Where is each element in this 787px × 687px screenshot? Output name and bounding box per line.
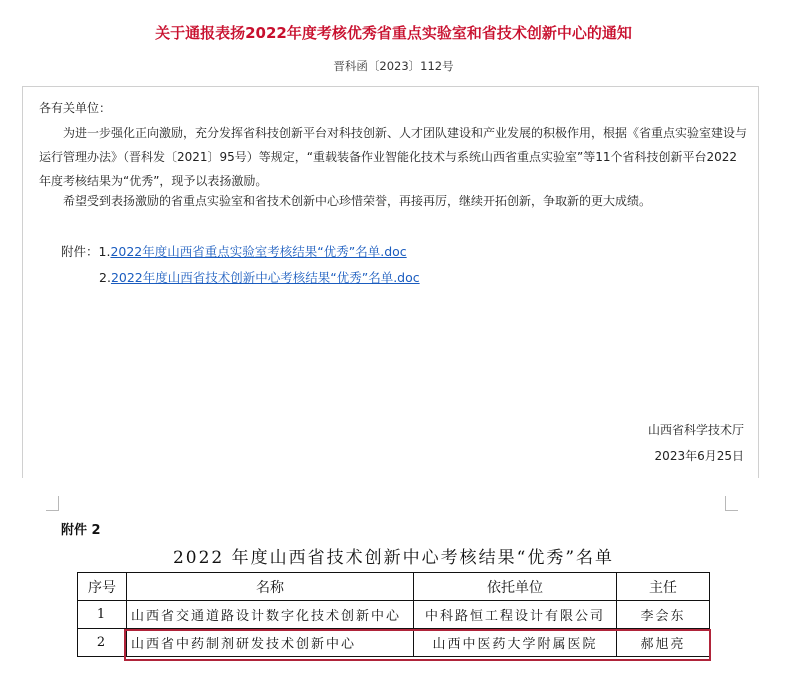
table-row: 2 山西省中药制剂研发技术创新中心 山西中医药大学附属医院 郝旭亮 [78, 629, 710, 657]
body-paragraph-2: 希望受到表扬激励的省重点实验室和省技术创新中心珍惜荣誉，再接再厉，继续开拓创新，… [39, 189, 749, 213]
cell-director: 李会东 [617, 601, 710, 629]
attachment-item-2: 2.2022年度山西省技术创新中心考核结果“优秀”名单.doc [61, 265, 420, 291]
body-paragraph-1: 为进一步强化正向激励，充分发挥省科技创新平台对科技创新、人才团队建设和产业发展的… [39, 121, 749, 193]
table-header-row: 序号 名称 依托单位 主任 [78, 573, 710, 601]
issue-date: 2023年6月25日 [648, 443, 744, 469]
notice-body-panel: 各有关单位： 为进一步强化正向激励，充分发挥省科技创新平台对科技创新、人才团队建… [22, 86, 759, 478]
header-organization: 依托单位 [414, 573, 617, 601]
attachment2-label: 附件 2 [61, 519, 101, 538]
attachment-item-1: 附件：1.2022年度山西省重点实验室考核结果“优秀”名单.doc [61, 239, 420, 265]
table-row: 1 山西省交通道路设计数字化技术创新中心 中科路恒工程设计有限公司 李会东 [78, 601, 710, 629]
signature-block: 山西省科学技术厅 2023年6月25日 [648, 417, 744, 469]
cell-index: 1 [78, 601, 127, 629]
attachments-label: 附件： [61, 244, 99, 259]
page-corner-mark-left [46, 496, 59, 511]
attachment-link-2[interactable]: 2022年度山西省技术创新中心考核结果“优秀”名单.doc [111, 270, 420, 285]
attachment-link-1[interactable]: 2022年度山西省重点实验室考核结果“优秀”名单.doc [110, 244, 406, 259]
cell-name: 山西省交通道路设计数字化技术创新中心 [127, 601, 414, 629]
cell-name: 山西省中药制剂研发技术创新中心 [127, 629, 414, 657]
list-title: 2022 年度山西省技术创新中心考核结果“优秀”名单 [0, 543, 787, 568]
cell-organization: 中科路恒工程设计有限公司 [414, 601, 617, 629]
header-director: 主任 [617, 573, 710, 601]
cell-organization: 山西中医药大学附属医院 [414, 629, 617, 657]
issuer-name: 山西省科学技术厅 [648, 417, 744, 443]
results-table: 序号 名称 依托单位 主任 1 山西省交通道路设计数字化技术创新中心 中科路恒工… [77, 572, 710, 657]
cell-index: 2 [78, 629, 127, 657]
salutation: 各有关单位： [39, 99, 111, 116]
page-corner-mark-right [725, 496, 738, 511]
attachment-index: 1. [99, 244, 111, 259]
header-index: 序号 [78, 573, 127, 601]
cell-director: 郝旭亮 [617, 629, 710, 657]
attachment-index: 2. [99, 270, 111, 285]
header-name: 名称 [127, 573, 414, 601]
attachments-list: 附件：1.2022年度山西省重点实验室考核结果“优秀”名单.doc 2.2022… [61, 239, 420, 291]
notice-title: 关于通报表扬2022年度考核优秀省重点实验室和省技术创新中心的通知 [0, 22, 787, 43]
document-number: 晋科函〔2023〕112号 [0, 58, 787, 74]
